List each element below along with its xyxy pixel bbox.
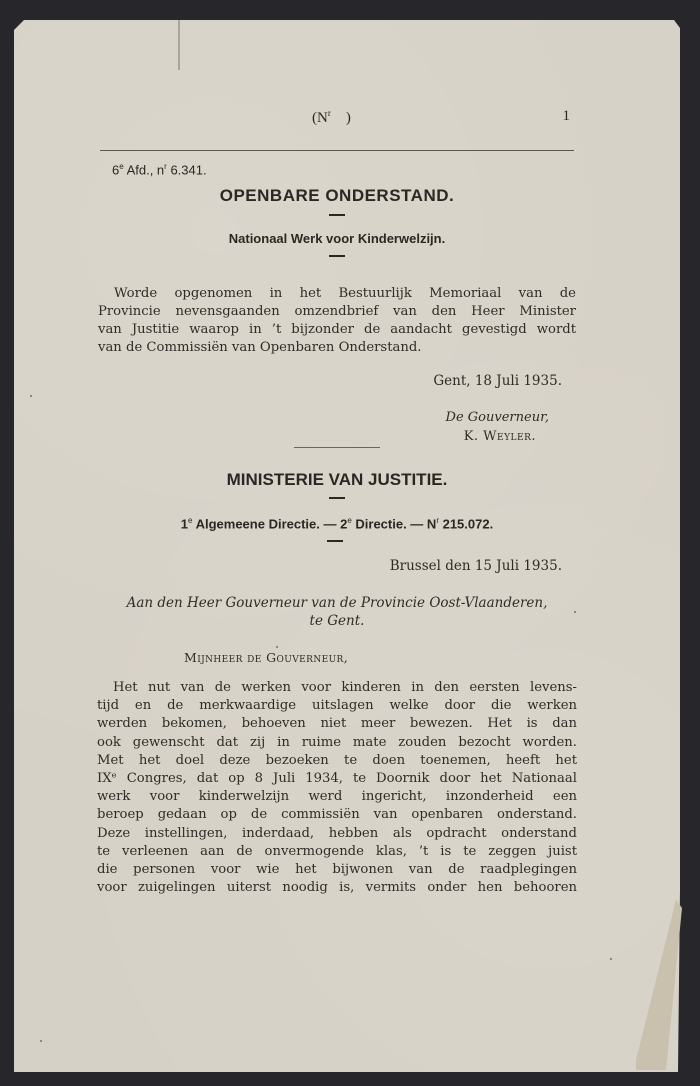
gent-date: Gent, 18 Juli 1935. (433, 373, 562, 389)
paragraph-line: Worde opgenomen in het Bestuurlijk Memor… (98, 285, 576, 303)
salutation: Mijnheer de Gouverneur, (184, 650, 348, 665)
body-line: Met het doel deze bezoeken te doen toene… (97, 752, 577, 770)
signatory-role: De Gouverneur, (446, 410, 549, 425)
paragraph-line: van Justitie waarop in ’t bijzonder de a… (98, 321, 576, 339)
paper-crease (178, 20, 180, 70)
addressee-line: te Gent. (98, 612, 576, 630)
addressee: Aan den Heer Gouverneur van de Provincie… (98, 594, 576, 630)
letter-body: Het nut van de werken voor kinderen in d… (97, 679, 577, 897)
paragraph-line: van de Commissiën van Openbaren Ondersta… (98, 339, 576, 357)
governor-paragraph: Worde opgenomen in het Bestuurlijk Memor… (98, 285, 576, 357)
section-divider (294, 447, 380, 448)
paper-speck (30, 395, 32, 397)
signatory-name: K. Weyler. (464, 429, 536, 444)
section-title-ministerie: MINISTERIE VAN JUSTITIE. (100, 470, 574, 490)
department-reference: 6e Afd., nr 6.341. (112, 162, 207, 177)
subtitle-dash (327, 540, 343, 542)
body-line: Het nut van de werken voor kinderen in d… (97, 679, 577, 697)
body-line: ook gewenscht dat zij in ruime mate zoud… (97, 734, 577, 752)
body-line: die personen voor wie het bijwonen van d… (97, 861, 577, 879)
subtitle-dash (329, 255, 345, 257)
body-line: IXᵉ Congres, dat op 8 Juli 1934, te Door… (97, 770, 577, 788)
title-dash (329, 497, 345, 499)
body-line: werk voor kinderwelzijn werd ingericht, … (97, 788, 577, 806)
scanned-document: (Nr ) 1 6e Afd., nr 6.341. OPENBARE ONDE… (0, 0, 700, 1086)
title-dash (329, 214, 345, 216)
paper-speck (610, 958, 612, 960)
page-number: 1 (563, 108, 571, 125)
brussel-date: Brussel den 15 Juli 1935. (390, 558, 562, 574)
body-line: werden bekomen, behoeven niet meer bewez… (97, 715, 577, 733)
body-line: tijd en de merkwaardige uitslagen welke … (97, 697, 577, 715)
paper-speck (276, 646, 278, 648)
body-line: beroep gedaan op de commissiën van openb… (97, 806, 577, 824)
header-number-field: (Nr ) (312, 108, 351, 127)
paper-speck (574, 611, 576, 613)
body-line: te verleenen aan de onvermogende klas, ’… (97, 843, 577, 861)
paper-page (14, 20, 680, 1072)
section-subtitle-kinderwelzijn: Nationaal Werk voor Kinderwelzijn. (100, 231, 574, 246)
paper-speck (40, 1040, 42, 1042)
directie-reference: 1e Algemeene Directie. — 2e Directie. — … (100, 516, 574, 531)
body-line: Deze instellingen, inderdaad, hebben als… (97, 825, 577, 843)
addressee-line: Aan den Heer Gouverneur van de Provincie… (98, 594, 576, 612)
paragraph-line: Provincie nevensgaanden omzendbrief van … (98, 303, 576, 321)
section-title-openbare-onderstand: OPENBARE ONDERSTAND. (100, 186, 574, 206)
body-line: voor zuigelingen uiterst noodig is, verm… (97, 879, 577, 897)
header-rule (100, 150, 574, 151)
